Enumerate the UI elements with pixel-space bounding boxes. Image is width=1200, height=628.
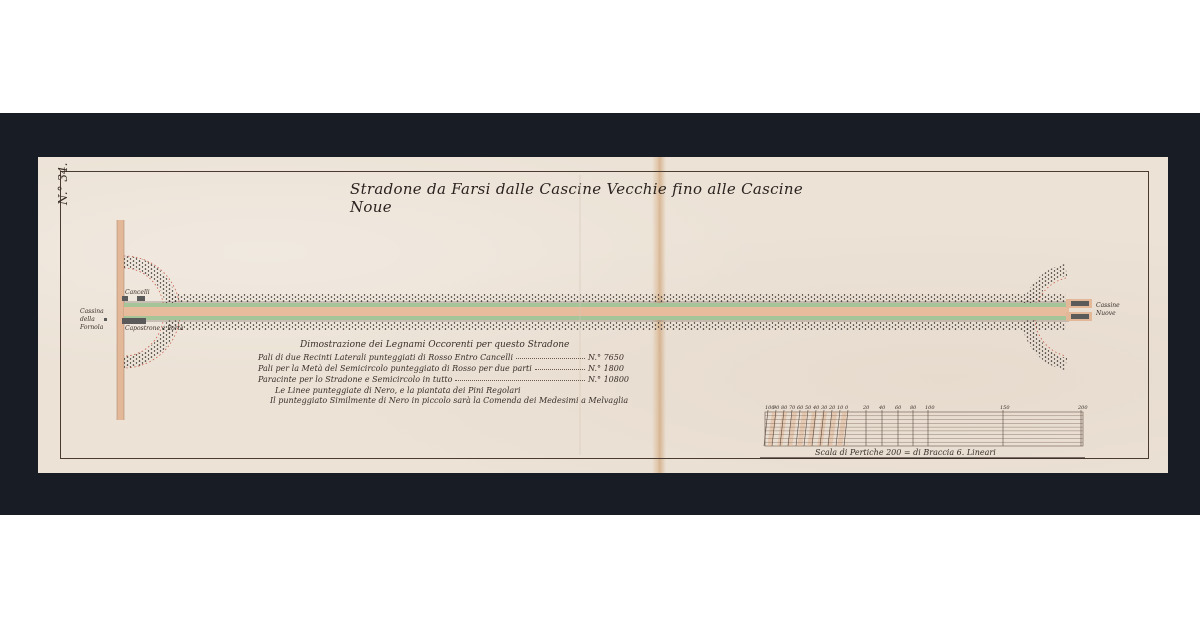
scale-tick-label: 200 <box>1078 405 1088 411</box>
scale-bar <box>764 410 1083 446</box>
scale-tick-label: 80 <box>781 405 787 411</box>
label-line: Cassine <box>1096 302 1120 310</box>
legend-title: Dimostrazione dei Legnami Occorenti per … <box>300 340 569 350</box>
scale-tick-label: 50 <box>805 405 811 411</box>
legend-value: N.° 1800 <box>588 364 643 373</box>
scale-tick-label: 20 <box>829 405 835 411</box>
scale-tick-label: 30 <box>821 405 827 411</box>
legend-note: Le Linee punteggiate di Nero, e la piant… <box>275 386 521 395</box>
label-line: Fornola <box>80 324 104 332</box>
legend-row: Paracinte per lo Stradone e Semicircolo … <box>258 375 643 384</box>
leader-dots <box>455 375 585 381</box>
scale-tick-label: 60 <box>895 405 901 411</box>
legend-label: Pali per la Metà del Semicircolo puntegg… <box>258 364 532 373</box>
legend-note: Il punteggiato Similmente di Nero in pic… <box>270 396 628 405</box>
legend-row: Pali per la Metà del Semicircolo puntegg… <box>258 364 643 373</box>
label-cassine-nuove: Cassine Nuove <box>1096 302 1120 318</box>
leader-dots <box>516 353 585 359</box>
legend-label: Pali di due Recinti Laterali punteggiati… <box>258 353 513 362</box>
scale-tick-label: 0 <box>845 405 848 411</box>
label-cassina-fornola: Cassina della Fornola <box>80 308 104 332</box>
legend-value: N.° 10800 <box>588 375 643 384</box>
label-capostrone: Capostrone e Porta <box>125 325 184 333</box>
scale-tick-label: 80 <box>910 405 916 411</box>
label-line: Nuove <box>1096 310 1120 318</box>
legend-row: Pali di due Recinti Laterali punteggiati… <box>258 353 643 362</box>
right-buildings <box>1066 299 1092 321</box>
label-line: Cassina <box>80 308 104 316</box>
scale-tick-label: 60 <box>797 405 803 411</box>
label-line: della <box>80 316 104 324</box>
scale-tick-label: 40 <box>813 405 819 411</box>
scale-tick-label: 70 <box>789 405 795 411</box>
legend-value: N.° 7650 <box>588 353 643 362</box>
scale-tick-label: 20 <box>863 405 869 411</box>
leader-dots <box>535 364 585 370</box>
scale-tick-label: 10 <box>837 405 843 411</box>
scale-tick-label: 100 <box>925 405 935 411</box>
scale-caption: Scala di Pertiche 200 = di Braccia 6. Li… <box>815 448 996 457</box>
scale-tick-label: 150 <box>1000 405 1010 411</box>
scale-tick-label: 90 <box>773 405 779 411</box>
main-road <box>124 294 1069 330</box>
label-cancelli: Cancelli <box>125 289 150 297</box>
scale-tick-label: 40 <box>879 405 885 411</box>
map-drawing <box>0 0 1200 628</box>
legend-label: Paracinte per lo Stradone e Semicircolo … <box>258 375 452 384</box>
